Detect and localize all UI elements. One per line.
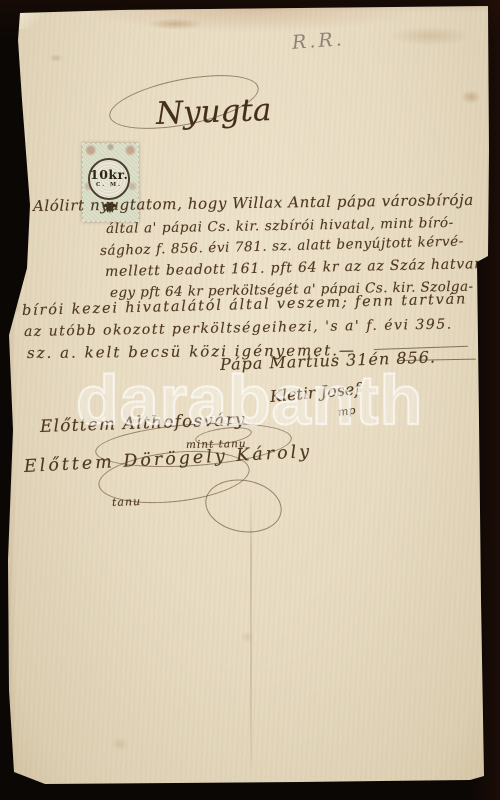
document-photo: R.R. Nyugta 10kr. C. M. Alólirt nyugtato…	[0, 0, 500, 800]
stamp-medallion: 10kr. C. M.	[88, 158, 130, 200]
stamp-currency: C. M.	[90, 182, 128, 188]
body-line: által a' pápai Cs. kir. szbírói hivatal,…	[106, 215, 454, 237]
pencil-note: R.R.	[291, 28, 345, 54]
paper-corner-fold	[18, 12, 44, 29]
document-paper: R.R. Nyugta 10kr. C. M. Alólirt nyugtato…	[0, 0, 500, 800]
witness-note: tanu	[112, 495, 142, 509]
darabanth-watermark: darabanth	[76, 360, 423, 440]
body-line: az utóbb okozott perköltségeihezi, 's a'…	[24, 317, 453, 340]
body-line: mellett beadott 161. pft 64 kr az az Szá…	[105, 256, 484, 280]
stamp-value: 10kr.	[90, 167, 128, 182]
document-title: Nyugta	[155, 92, 272, 132]
body-line: sághoz f. 856. évi 781. sz. alatt benyúj…	[100, 233, 464, 259]
